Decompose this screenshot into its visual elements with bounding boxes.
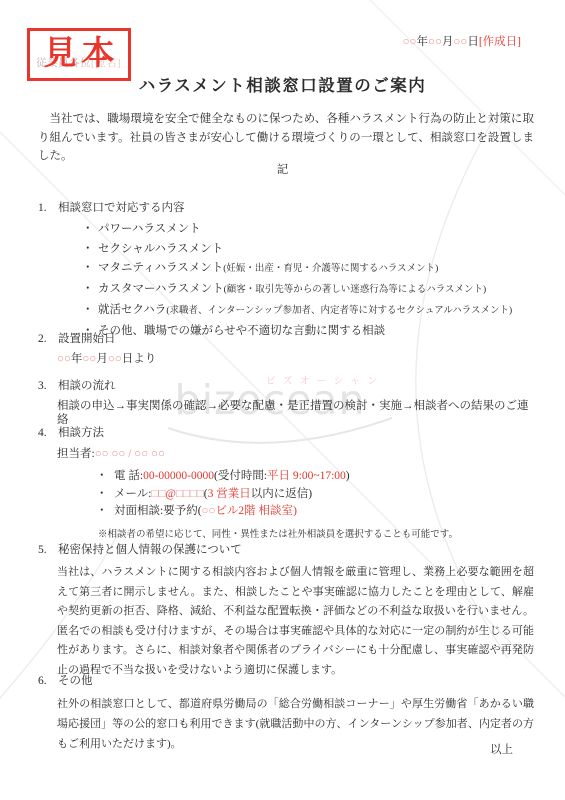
list-item-mail: ・メール:□□@□□□□(3 営業日以内に返信) xyxy=(38,486,534,504)
section-6-number: 6. xyxy=(38,675,58,687)
closing-marker: 以上 xyxy=(490,741,513,757)
section-6-heading: 6. その他 xyxy=(38,672,534,688)
section-2-title: 設置開始日 xyxy=(58,330,116,346)
section-other: 6. その他 社外の相談窓口として、都道府県労働局の「総合労働相談コーナー」や厚… xyxy=(38,672,534,754)
list-item: ・セクシャルハラスメント xyxy=(38,240,534,260)
section-confidentiality: 5. 秘密保持と個人情報の保護について 当社は、ハラスメントに関する相談内容およ… xyxy=(38,541,534,680)
bullet-icon: ・ xyxy=(96,468,108,486)
list-item: ・就活セクハラ(求職者、インターンシップ参加者、内定者等に対するセクシュアルハラ… xyxy=(38,301,534,322)
section-3-number: 3. xyxy=(38,380,58,392)
list-item: ・マタニティハラスメント(妊娠・出産・育児・介護等に関するハラスメント) xyxy=(38,259,534,280)
mail-line: メール:□□@□□□□(3 営業日以内に返信) xyxy=(114,488,312,500)
section-6-title: その他 xyxy=(58,672,93,688)
bullet-icon: ・ xyxy=(82,280,94,300)
bullet-icon: ・ xyxy=(96,503,108,521)
list-item-text: マタニティハラスメント(妊娠・出産・育児・介護等に関するハラスメント) xyxy=(98,262,438,274)
bullet-icon: ・ xyxy=(82,240,94,260)
intro-paragraph: 当社では、職場環境を安全で健全なものに保つため、各種ハラスメント行為の防止と対策… xyxy=(38,110,534,166)
section-start-date: 2. 設置開始日 ○○年○○月○○日より xyxy=(38,330,534,366)
section-4-number: 4. xyxy=(38,427,58,439)
sample-stamp: 見本 xyxy=(27,28,131,81)
section-3-title: 相談の流れ xyxy=(58,377,116,393)
sample-stamp-label: 見本 xyxy=(44,38,120,71)
phone-line: 電 話:00-00000-0000(受付時間:平日 9:00~17:00) xyxy=(114,470,350,482)
contact-method-list: ・電 話:00-00000-0000(受付時間:平日 9:00~17:00) ・… xyxy=(38,468,534,521)
section-5-number: 5. xyxy=(38,544,58,556)
section-1-heading: 1. 相談窓口で対応する内容 xyxy=(38,199,534,215)
list-item-phone: ・電 話:00-00000-0000(受付時間:平日 9:00~17:00) xyxy=(38,468,534,486)
staff-line: 担当者:○○ ○○ / ○○ ○○ xyxy=(57,447,534,461)
bullet-icon: ・ xyxy=(82,259,94,279)
section-consultation-methods: 4. 相談方法 担当者:○○ ○○ / ○○ ○○ ・電 話:00-00000-… xyxy=(38,424,534,540)
bullet-icon: ・ xyxy=(82,301,94,321)
in-person-line: 対面相談:要予約(○○ビル2階 相談室) xyxy=(114,505,297,517)
document-content: 従業員各位[宛名] 見本 ○○年○○月○○日[作成日] ハラスメント相談窓口設置… xyxy=(0,0,565,800)
section-consultation-flow: 3. 相談の流れ 相談の申込→事実関係の確認→必要な配慮・是正措置の検討・実施→… xyxy=(38,377,534,427)
section-consultation-scope: 1. 相談窓口で対応する内容 ・パワーハラスメント ・セクシャルハラスメント ・… xyxy=(38,199,534,341)
list-item-text: 就活セクハラ(求職者、インターンシップ参加者、内定者等に対するセクシュアルハラス… xyxy=(98,304,512,316)
bullet-icon: ・ xyxy=(96,486,108,504)
other-paragraph: 社外の相談窓口として、都道府県労働局の「総合労働相談コーナー」や厚生労働省「あか… xyxy=(57,694,534,754)
section-4-heading: 4. 相談方法 xyxy=(38,424,534,440)
flow-steps: 相談の申込→事実関係の確認→必要な配慮・是正措置の検討・実施→相談者への結果のご… xyxy=(57,399,534,427)
section-4-title: 相談方法 xyxy=(58,424,104,440)
section-3-heading: 3. 相談の流れ xyxy=(38,377,534,393)
creation-date: ○○年○○月○○日[作成日] xyxy=(403,33,521,49)
list-item: ・カスタマーハラスメント(顧客・取引先等からの著しい迷惑行為等によるハラスメント… xyxy=(38,280,534,301)
section-1-title: 相談窓口で対応する内容 xyxy=(58,199,185,215)
section-5-heading: 5. 秘密保持と個人情報の保護について xyxy=(38,541,534,557)
list-item-text: セクシャルハラスメント xyxy=(98,243,223,255)
method-note: ※相談者の希望に応じて、同性・異性または社外相談員を選択することも可能です。 xyxy=(98,526,534,540)
section-2-heading: 2. 設置開始日 xyxy=(38,330,534,346)
document-page: ビズオーシャン bizocean 従業員各位[宛名] 見本 ○○年○○月○○日[… xyxy=(0,0,565,800)
section-2-number: 2. xyxy=(38,333,58,345)
bullet-icon: ・ xyxy=(82,220,94,240)
list-item-text: パワーハラスメント xyxy=(98,223,201,235)
ki-marker: 記 xyxy=(0,161,565,177)
section-1-number: 1. xyxy=(38,202,58,214)
list-item: ・パワーハラスメント xyxy=(38,220,534,240)
section-5-title: 秘密保持と個人情報の保護について xyxy=(58,541,242,557)
confidentiality-paragraph: 当社は、ハラスメントに関する相談内容および個人情報を厳重に管理し、業務上必要な範… xyxy=(57,563,534,680)
harassment-type-list: ・パワーハラスメント ・セクシャルハラスメント ・マタニティハラスメント(妊娠・… xyxy=(38,220,534,341)
start-date-value: ○○年○○月○○日より xyxy=(57,352,534,366)
list-item-in-person: ・対面相談:要予約(○○ビル2階 相談室) xyxy=(38,503,534,521)
list-item-text: カスタマーハラスメント(顧客・取引先等からの著しい迷惑行為等によるハラスメント) xyxy=(98,283,486,295)
